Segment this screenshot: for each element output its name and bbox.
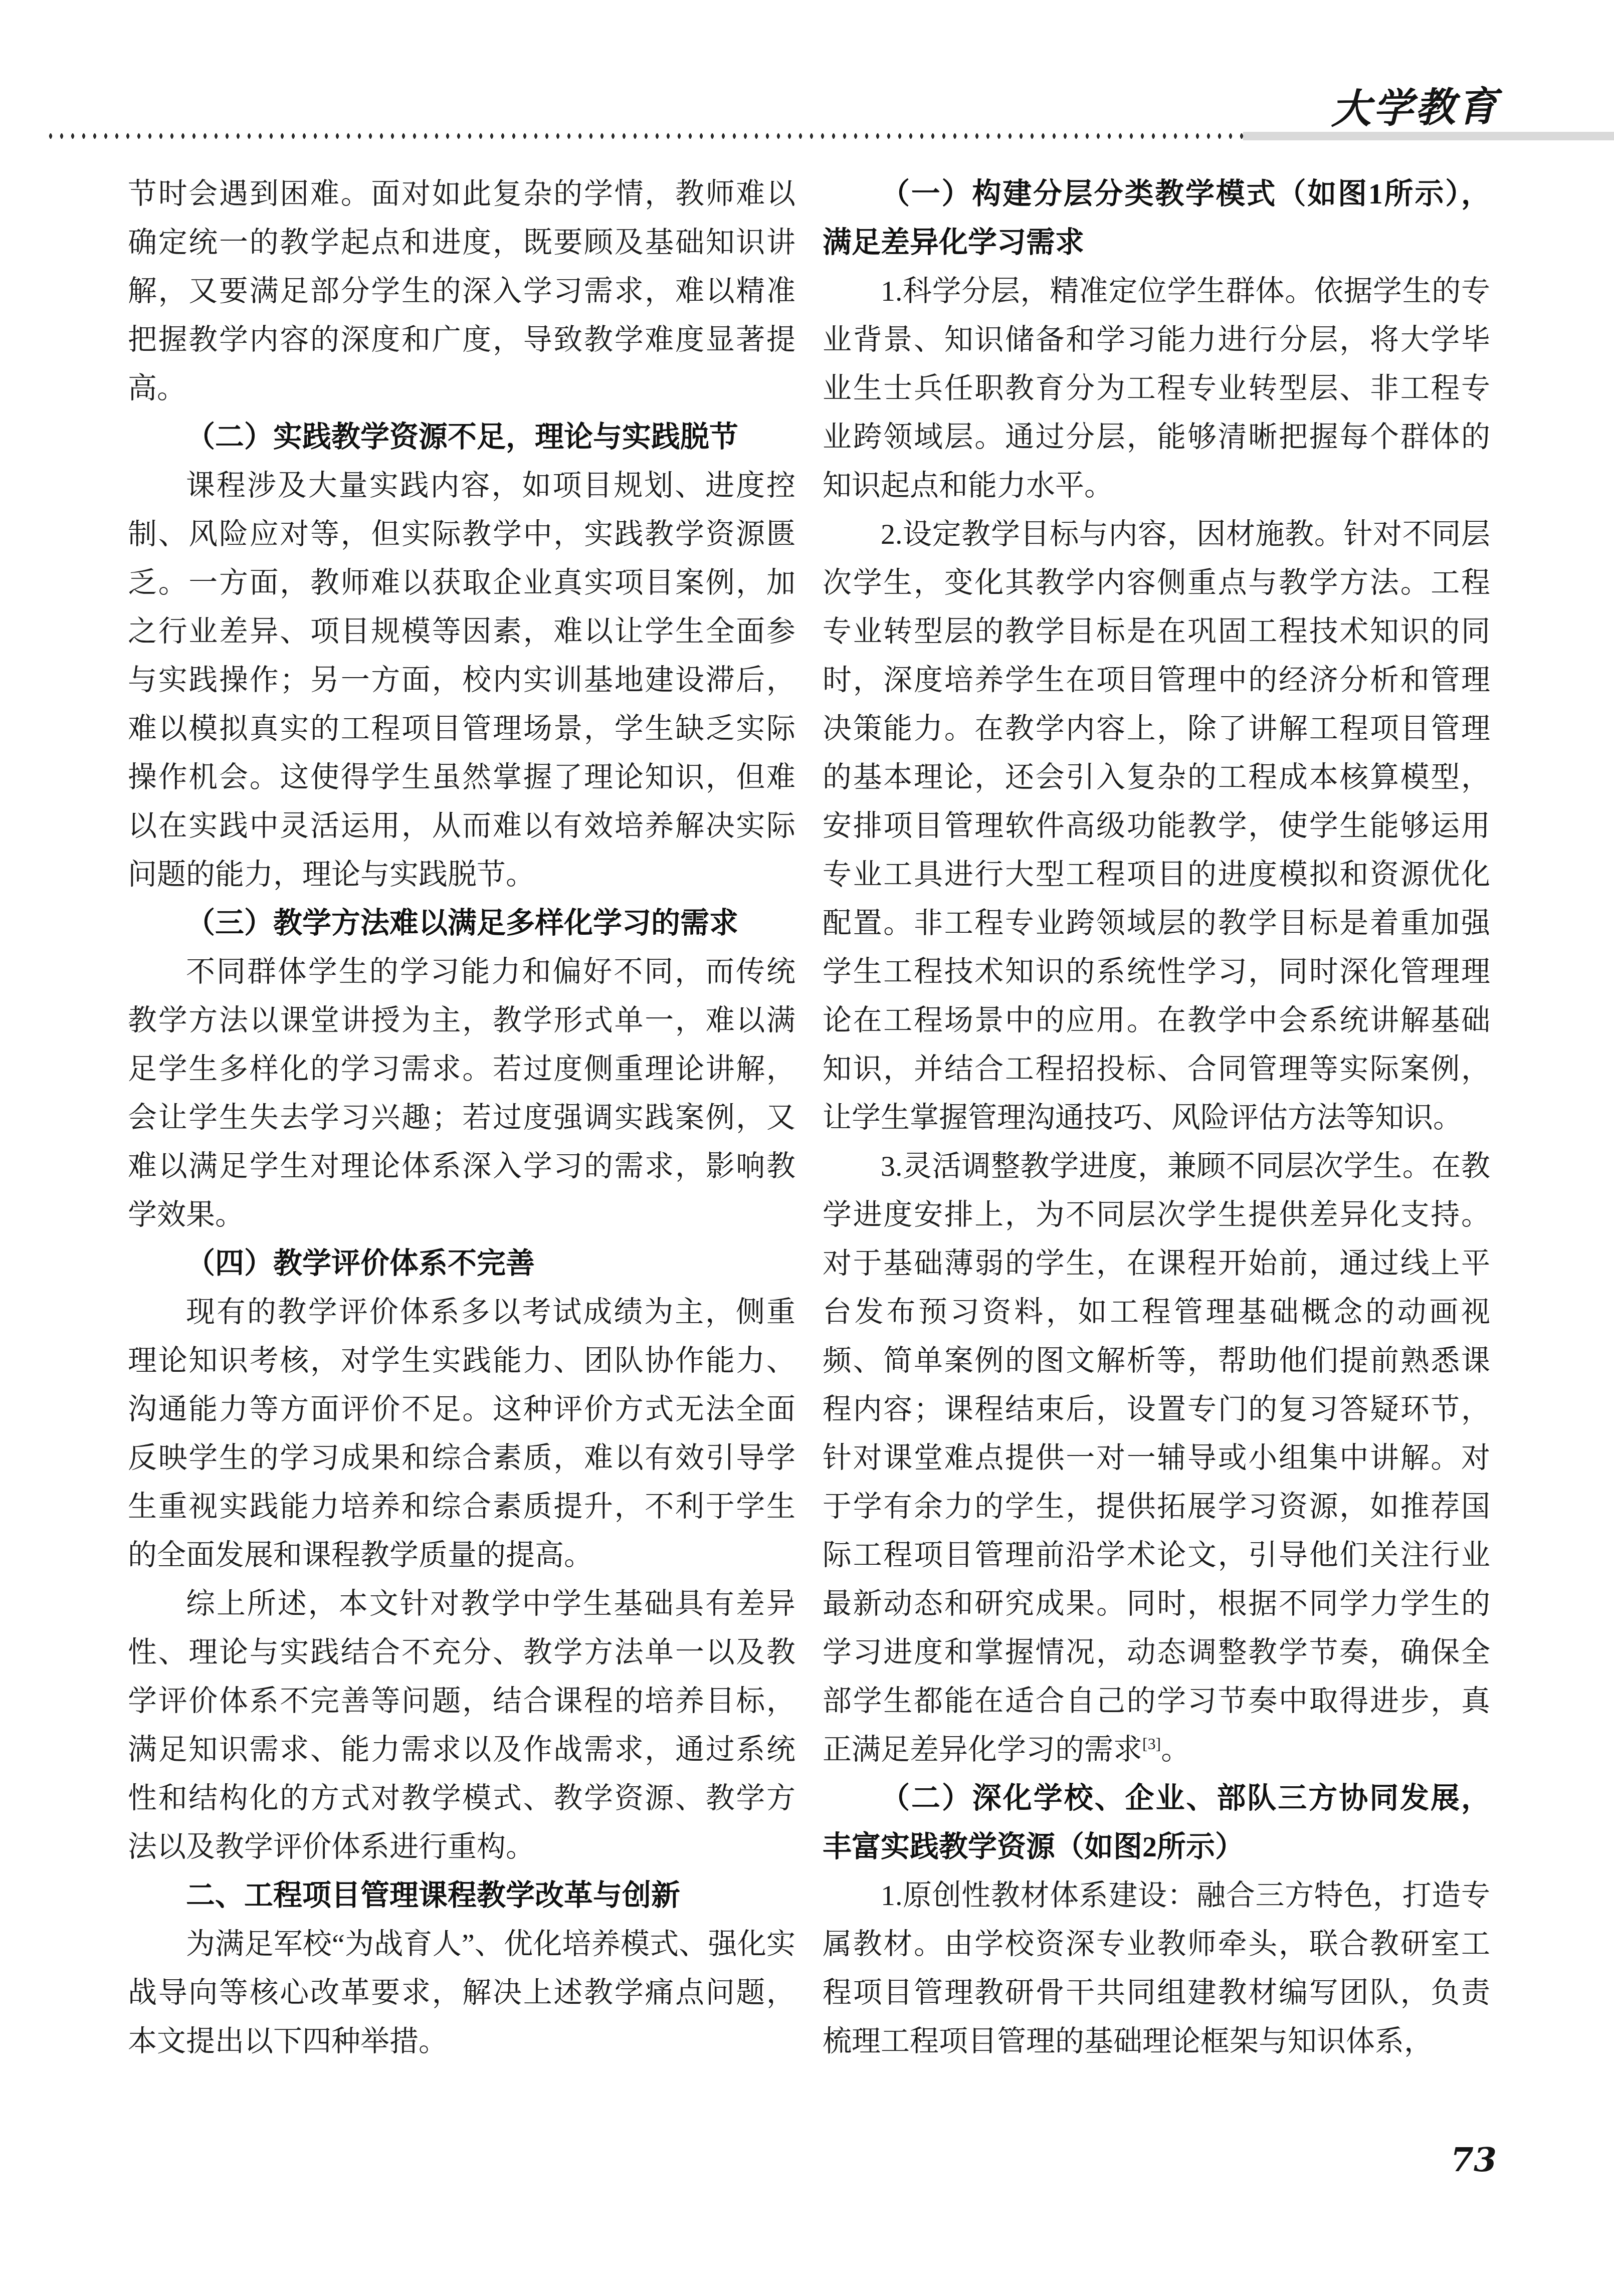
header-dotted-rule <box>45 132 1244 140</box>
paragraph: 1.原创性教材体系建设：融合三方特色，打造专属教材。由学校资深专业教师牵头，联合… <box>823 1871 1490 2065</box>
paragraph: 3.灵活调整教学进度，兼顾不同层次学生。在教学进度安排上，为不同层次学生提供差异… <box>823 1142 1490 1774</box>
left-column: 节时会遇到困难。面对如此复杂的学情，教师难以确定统一的教学起点和进度，既要顾及基… <box>128 169 795 2065</box>
page-number: 73 <box>1444 2140 1504 2179</box>
section-heading: 二、工程项目管理课程教学改革与创新 <box>128 1871 795 1920</box>
paragraph: 1.科学分层，精准定位学生群体。依据学生的专业背景、知识储备和学习能力进行分层，… <box>823 267 1490 510</box>
paragraph: 课程涉及大量实践内容，如项目规划、进度控制、风险应对等，但实际教学中，实践教学资… <box>128 461 795 899</box>
paragraph: 现有的教学评价体系多以考试成绩为主，侧重理论知识考核，对学生实践能力、团队协作能… <box>128 1288 795 1579</box>
paragraph: 为满足军校“为战育人”、优化培养模式、强化实战导向等核心改革要求，解决上述教学痛… <box>128 1920 795 2065</box>
paragraph: 不同群体学生的学习能力和偏好不同，而传统教学方法以课堂讲授为主，教学形式单一，难… <box>128 947 795 1239</box>
subsection-heading: （一）构建分层分类教学模式（如图1所示），满足差异化学习需求 <box>823 169 1490 267</box>
paragraph-text: 。 <box>1161 1733 1190 1766</box>
journal-page: 大学教育 节时会遇到困难。面对如此复杂的学情，教师难以确定统一的教学起点和进度，… <box>0 0 1614 2296</box>
subsection-heading: （四）教学评价体系不完善 <box>128 1239 795 1288</box>
journal-logo-calligraphy: 大学教育 <box>1330 83 1482 135</box>
paragraph: 节时会遇到困难。面对如此复杂的学情，教师难以确定统一的教学起点和进度，既要顾及基… <box>128 169 795 412</box>
paragraph-text: 3.灵活调整教学进度，兼顾不同层次学生。在教学进度安排上，为不同层次学生提供差异… <box>823 1150 1490 1766</box>
right-column: （一）构建分层分类教学模式（如图1所示），满足差异化学习需求 1.科学分层，精准… <box>823 169 1490 2065</box>
header-scan-artifact-bar <box>1243 132 1614 140</box>
paragraph: 综上所述，本文针对教学中学生基础具有差异性、理论与实践结合不充分、教学方法单一以… <box>128 1579 795 1871</box>
subsection-heading: （二）深化学校、企业、部队三方协同发展，丰富实践教学资源（如图2所示） <box>823 1774 1490 1871</box>
subsection-heading: （二）实践教学资源不足，理论与实践脱节 <box>128 412 795 461</box>
subsection-heading: （三）教学方法难以满足多样化学习的需求 <box>128 899 795 947</box>
citation-marker: [3] <box>1142 1735 1161 1753</box>
paragraph: 2.设定教学目标与内容，因材施教。针对不同层次学生，变化其教学内容侧重点与教学方… <box>823 510 1490 1142</box>
